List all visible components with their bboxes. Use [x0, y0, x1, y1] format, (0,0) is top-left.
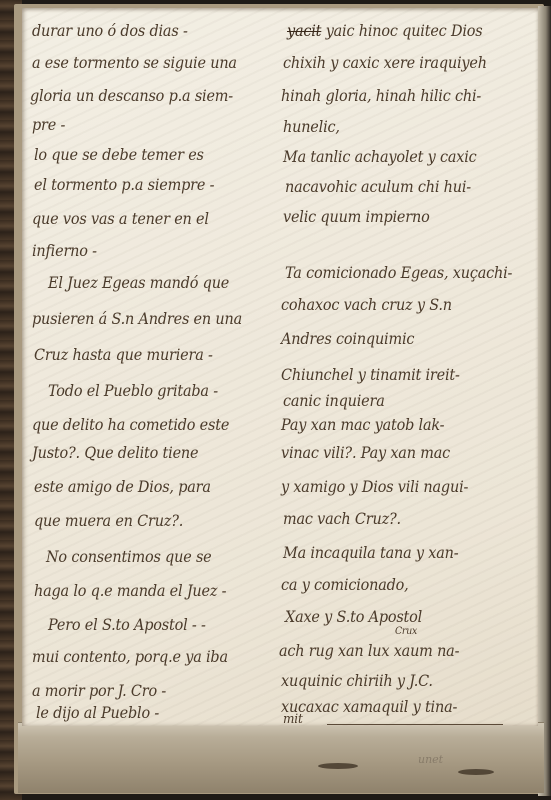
text-line: Pay xan mac yatob lak- [281, 416, 444, 434]
struck-word: yacit [287, 22, 321, 40]
page-bottom-stack: unet [18, 722, 544, 793]
text-line: haga lo q.e manda el Juez - [34, 582, 226, 600]
text-line: velic quum impierno [283, 208, 430, 226]
ink-stain [458, 769, 494, 775]
text-line: No consentimos que se [46, 548, 212, 566]
text-line: Xaxe y S.to Apostol [285, 608, 422, 626]
text-line: hunelic, [283, 118, 340, 136]
text-line: Andres coinquimic [281, 330, 414, 348]
text-line: Cruz hasta que muriera - [34, 346, 213, 364]
text-line: que vos vas a tener en el [32, 210, 209, 228]
line-text: yaic hinoc quitec Dios [326, 22, 483, 40]
text-line: que delito ha cometido este [32, 416, 229, 434]
text-line: este amigo de Dios, para [34, 478, 211, 496]
text-line: Ta comicionado Egeas, xuçachi- [285, 264, 512, 282]
text-line: y xamigo y Dios vili nagui- [281, 478, 468, 496]
text-line: lo que se debe temer es [34, 146, 204, 164]
text-line: canic inquiera [283, 392, 385, 410]
line-filler-rule [327, 724, 503, 725]
text-line: mac vach Cruz?. [283, 510, 401, 528]
text-line: vinac vili?. Pay xan mac [281, 444, 450, 462]
text-line: que muera en Cruz?. [34, 512, 183, 530]
text-line: Ma incaquila tana y xan- [283, 544, 458, 562]
manuscript-page: durar uno ó dos dias - a ese tormento se… [22, 8, 538, 726]
text-line: Justo?. Que delito tiene [32, 444, 198, 462]
text-line: chixih y caxic xere iraquiyeh [283, 54, 487, 72]
text-line: Todo el Pueblo gritaba - [48, 382, 218, 400]
text-line: Chiunchel y tinamit ireit- [281, 366, 460, 384]
faint-catchword: unet [418, 753, 443, 766]
text-line: durar uno ó dos dias - [32, 22, 188, 40]
text-line-final: mit [283, 712, 303, 727]
manuscript-scan: unet durar uno ó dos dias - a ese tormen… [0, 0, 551, 800]
text-line: pre - [32, 116, 65, 134]
ink-stain [318, 763, 358, 769]
text-line: Ma tanlic achayolet y caxic [283, 148, 477, 166]
text-line: xucaxac xamaquil y tina- [281, 698, 457, 716]
text-line: pusieren á S.n Andres en una [32, 310, 242, 328]
text-line: cohaxoc vach cruz y S.n [281, 296, 452, 314]
page-right-edge [538, 6, 551, 796]
text-line: ach rug xan lux xaum na- [279, 642, 459, 660]
text-line: El Juez Egeas mandó que [48, 274, 229, 292]
text-line: gloria un descanso p.a siem- [30, 87, 233, 105]
text-line: Pero el S.to Apostol - - [48, 616, 206, 634]
line-text: ach rug xan lux xaum na- [279, 642, 459, 660]
text-line: yacit yaic hinoc quitec Dios [287, 22, 482, 40]
text-line: infierno - [32, 242, 97, 260]
text-line: nacavohic aculum chi hui- [285, 178, 471, 196]
text-line: xuquinic chiriih y J.C. [281, 672, 433, 690]
text-line: mui contento, porq.e ya iba [32, 648, 228, 666]
text-line: el tormento p.a siempre - [34, 176, 214, 194]
text-line: ca y comicionado, [281, 576, 409, 594]
text-line: a ese tormento se siguie una [32, 54, 237, 72]
text-line: le dijo al Pueblo - [36, 704, 159, 722]
interlinear-insertion: Crux [395, 626, 417, 637]
text-line: a morir por J. Cro - [32, 682, 166, 700]
text-line: hinah gloria, hinah hilic chi- [281, 87, 481, 105]
